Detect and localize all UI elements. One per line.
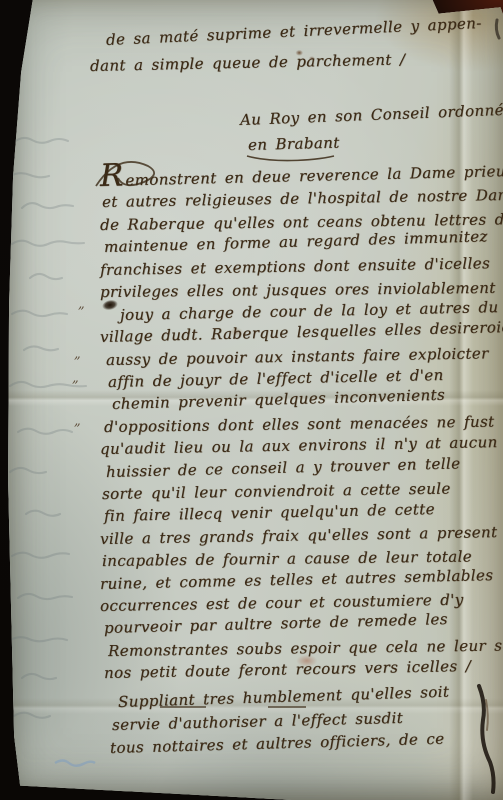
margin-mark: „ [74,347,81,362]
address-line: en Brabant [248,133,340,155]
manuscript-line: ville a tres grands fraix qu'elles sont … [100,522,498,549]
manuscript-line: dant a simple queue de parchement / [90,49,406,76]
photo-background: de sa maté suprime et irrevermelle y app… [0,0,503,800]
blue-ink-mark [55,761,95,766]
margin-mark: „ [78,297,85,312]
manuscript-line: franchises et exemptions dont ensuite d'… [100,253,490,280]
manuscript-page: de sa maté suprime et irrevermelle y app… [0,0,503,800]
margin-mark: „ [72,371,79,386]
manuscript-line: de sa maté suprime et irrevermelle y app… [106,13,483,50]
paper-tear-mark [479,20,499,792]
margin-mark: „ [74,414,81,429]
